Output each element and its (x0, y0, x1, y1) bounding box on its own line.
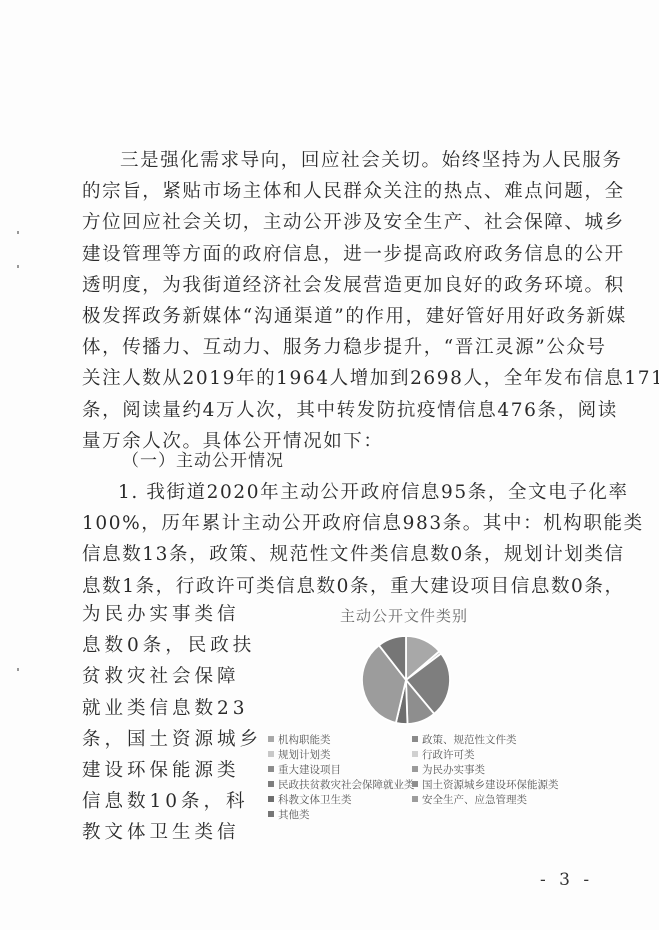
legend-label: 政策、规范性文件类 (422, 734, 517, 746)
legend-item: 安全生产、应急管理类 (412, 792, 527, 807)
text-line: 信息数13条，政策、规范性文件类信息数0条，规划计划类信 (82, 540, 625, 566)
legend-swatch-icon (268, 766, 274, 772)
text-line: 息数1条，行政许可类信息数0条，重大建设项目信息数0条， (82, 572, 625, 598)
text-line: 关注人数从2019年的1964人增加到2698人，全年发布信息1719 (82, 364, 659, 390)
text-line: 方位回应社会关切，主动公开涉及安全生产、社会保障、城乡 (82, 208, 625, 234)
legend-label: 其他类 (278, 809, 310, 821)
legend-label: 为民办实事类 (422, 764, 485, 776)
text-line: 条，国土资源城乡 (82, 725, 262, 751)
text-line: 三是强化需求导向，回应社会关切。始终坚持为人民服务 (120, 146, 623, 172)
legend-label: 国土资源城乡建设环保能源类 (422, 779, 559, 791)
text-line: 就业类信息数23 (82, 694, 249, 720)
legend-item: 重大建设项目 (268, 762, 341, 777)
legend-label: 民政扶贫救灾社会保障就业类 (278, 779, 415, 791)
legend-item: 为民办实事类 (412, 762, 485, 777)
legend-item: 其他类 (268, 807, 310, 822)
text-line: 息数0条，民政扶 (82, 631, 255, 657)
chart-title: 主动公开文件类别 (340, 605, 468, 626)
pie-chart (356, 630, 456, 730)
text-line: 极发挥政务新媒体“沟通渠道”的作用，建好管好用好政务新媒 (82, 302, 627, 328)
legend-swatch-icon (268, 796, 274, 802)
legend-item: 政策、规范性文件类 (412, 732, 517, 747)
legend-item: 民政扶贫救灾社会保障就业类 (268, 777, 415, 792)
legend-item: 科教文体卫生类 (268, 792, 352, 807)
scan-mark (17, 231, 19, 234)
text-line: 透明度，为我街道经济社会发展营造更加良好的政务环境。积 (82, 271, 625, 297)
legend-swatch-icon (412, 766, 418, 772)
text-line: 贫救灾社会保障 (82, 662, 240, 688)
text-line: 体，传播力、互动力、服务力稳步提升，“晋江灵源”公众号 (82, 333, 607, 359)
legend-label: 规划计划类 (278, 749, 331, 761)
legend-swatch-icon (268, 736, 274, 742)
scan-mark (17, 668, 19, 671)
legend-label: 机构职能类 (278, 734, 331, 746)
text-line: 的宗旨，紧贴市场主体和人民群众关注的热点、难点问题，全 (82, 177, 625, 203)
legend-swatch-icon (268, 811, 274, 817)
text-line: 条，阅读量约4万人次，其中转发防抗疫情信息476条，阅读 (82, 396, 618, 422)
text-line: 建设管理等方面的政府信息，进一步提高政府政务信息的公开 (82, 240, 625, 266)
section-heading: （一）主动公开情况 (122, 446, 284, 471)
text-line: 教文体卫生类信 (82, 818, 240, 844)
legend-swatch-icon (412, 736, 418, 742)
legend-swatch-icon (412, 796, 418, 802)
legend-label: 科教文体卫生类 (278, 794, 352, 806)
legend-item: 行政许可类 (412, 747, 475, 762)
legend-item: 国土资源城乡建设环保能源类 (412, 777, 559, 792)
legend-swatch-icon (412, 781, 418, 787)
text-line: 信息数10条，科 (82, 787, 249, 813)
legend-swatch-icon (412, 751, 418, 757)
text-line: 建设环保能源类 (82, 756, 240, 782)
legend-label: 安全生产、应急管理类 (422, 794, 527, 806)
page-number: - 3 - (540, 870, 593, 890)
legend-label: 行政许可类 (422, 749, 475, 761)
legend-swatch-icon (268, 751, 274, 757)
text-line: 为民办实事类信 (82, 600, 240, 626)
legend-swatch-icon (268, 781, 274, 787)
text-line: 100%，历年累计主动公开政府信息983条。其中：机构职能类 (82, 509, 644, 535)
legend-item: 规划计划类 (268, 747, 331, 762)
legend-label: 重大建设项目 (278, 764, 341, 776)
scan-mark (17, 265, 19, 268)
legend-item: 机构职能类 (268, 732, 331, 747)
text-line: 1. 我街道2020年主动公开政府信息95条，全文电子化率 (118, 478, 629, 504)
